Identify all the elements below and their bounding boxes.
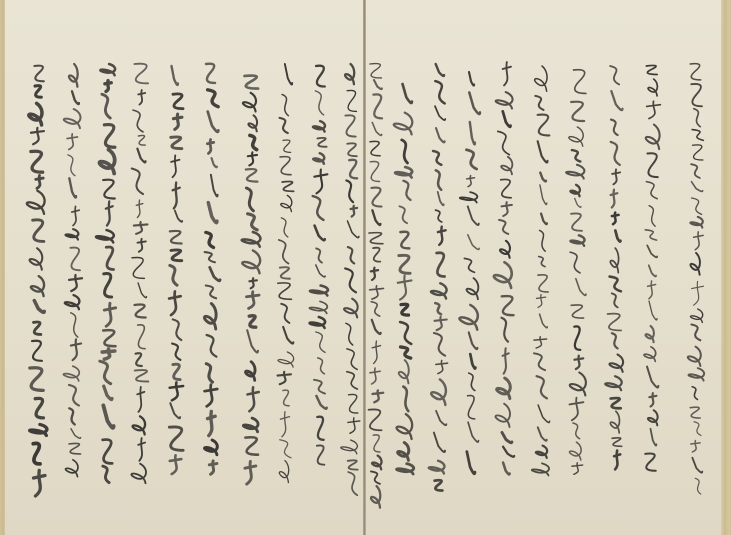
- text-column: [204, 64, 220, 475]
- brush-stroke: [206, 285, 216, 298]
- brush-stroke: [469, 332, 478, 349]
- brush-stroke: [136, 353, 142, 366]
- brush-stroke: [31, 128, 44, 144]
- brush-stroke: [397, 464, 414, 474]
- brush-stroke: [435, 81, 444, 103]
- brush-stroke: [65, 295, 80, 309]
- brush-stroke: [394, 113, 413, 135]
- brush-stroke: [34, 301, 44, 313]
- brush-stroke: [173, 94, 183, 109]
- brush-stroke: [576, 279, 586, 296]
- brush-stroke: [436, 361, 448, 374]
- brush-stroke: [317, 138, 326, 147]
- brush-stroke: [541, 214, 547, 225]
- brush-stroke: [569, 442, 581, 460]
- brush-stroke: [205, 252, 215, 262]
- brush-stroke: [373, 435, 380, 452]
- brush-stroke: [131, 464, 146, 484]
- brush-stroke: [347, 90, 356, 111]
- brush-stroke: [34, 470, 45, 496]
- brush-stroke: [34, 322, 41, 334]
- brush-stroke: [348, 418, 360, 433]
- brush-stroke: [346, 180, 353, 202]
- text-column: [341, 64, 360, 495]
- brush-stroke: [316, 396, 326, 409]
- brush-stroke: [280, 412, 289, 437]
- brush-stroke: [540, 173, 546, 182]
- brush-stroke: [464, 258, 474, 272]
- brush-stroke: [371, 302, 379, 316]
- brush-stroke: [100, 64, 115, 75]
- brush-stroke: [105, 81, 111, 92]
- text-column: [494, 62, 514, 474]
- brush-stroke: [369, 409, 382, 430]
- brush-stroke: [649, 265, 656, 276]
- brush-stroke: [469, 373, 475, 390]
- brush-stroke: [500, 241, 510, 258]
- brush-stroke: [612, 169, 620, 184]
- brush-stroke: [317, 445, 324, 464]
- brush-stroke: [539, 257, 545, 267]
- brush-stroke: [281, 195, 292, 211]
- brush-stroke: [134, 222, 148, 234]
- brush-stroke: [503, 62, 511, 85]
- brush-stroke: [434, 333, 445, 356]
- brush-stroke: [494, 262, 512, 288]
- brush-stroke: [503, 463, 510, 475]
- brush-stroke: [574, 356, 583, 369]
- brush-stroke: [69, 385, 79, 406]
- brush-stroke: [207, 335, 217, 357]
- brush-stroke: [71, 313, 78, 337]
- brush-stroke: [30, 424, 47, 435]
- brush-stroke: [571, 102, 584, 121]
- brush-stroke: [540, 230, 546, 251]
- brush-stroke: [246, 188, 253, 211]
- text-column: [532, 66, 550, 475]
- brush-stroke: [691, 84, 702, 106]
- brush-stroke: [609, 355, 623, 372]
- brush-stroke: [612, 293, 618, 307]
- brush-stroke: [611, 398, 621, 408]
- brush-stroke: [137, 239, 145, 252]
- brush-stroke: [692, 198, 702, 214]
- brush-stroke: [316, 265, 325, 277]
- brush-stroke: [102, 349, 115, 359]
- text-column: [429, 64, 448, 491]
- brush-stroke: [208, 90, 218, 107]
- text-column: [242, 76, 261, 485]
- brush-stroke: [372, 320, 381, 334]
- brush-stroke: [398, 443, 409, 461]
- brush-stroke: [100, 361, 111, 384]
- brush-stroke: [207, 140, 213, 154]
- brush-stroke: [170, 403, 180, 418]
- brush-stroke: [646, 65, 657, 74]
- brush-stroke: [574, 70, 586, 94]
- brush-stroke: [313, 121, 325, 131]
- brush-stroke: [69, 443, 80, 453]
- brush-stroke: [250, 135, 257, 149]
- brush-stroke: [249, 316, 256, 327]
- text-column: [644, 65, 660, 470]
- text-column: [369, 64, 384, 508]
- brush-stroke: [104, 274, 112, 297]
- brush-stroke: [692, 458, 702, 473]
- brush-stroke: [692, 130, 703, 141]
- brush-stroke: [400, 322, 411, 344]
- brush-stroke: [648, 281, 656, 299]
- brush-stroke: [349, 394, 358, 413]
- brush-stroke: [435, 480, 443, 490]
- brush-stroke: [27, 191, 45, 214]
- brush-stroke: [694, 422, 701, 436]
- brush-stroke: [206, 232, 214, 247]
- brush-stroke: [106, 201, 113, 225]
- brush-stroke: [132, 257, 144, 278]
- brush-stroke: [206, 364, 212, 382]
- brush-stroke: [69, 178, 76, 197]
- brush-stroke: [313, 196, 324, 220]
- brush-stroke: [648, 410, 658, 425]
- brush-stroke: [104, 386, 112, 399]
- brush-stroke: [692, 387, 697, 400]
- brush-stroke: [247, 330, 258, 352]
- text-column: [688, 64, 704, 494]
- brush-stroke: [207, 411, 215, 435]
- brush-stroke: [434, 433, 445, 452]
- brush-stroke: [502, 202, 512, 216]
- brush-stroke: [132, 168, 143, 194]
- brush-stroke: [170, 231, 182, 244]
- brush-stroke: [138, 325, 145, 349]
- brush-stroke: [498, 131, 509, 154]
- brush-stroke: [32, 341, 42, 361]
- brush-stroke: [647, 245, 657, 257]
- brush-stroke: [690, 309, 702, 322]
- brush-stroke: [611, 120, 618, 136]
- text-column: [605, 66, 623, 469]
- brush-stroke: [436, 128, 445, 142]
- brush-stroke: [534, 337, 547, 348]
- brush-stroke: [436, 64, 444, 76]
- brush-stroke: [501, 157, 512, 175]
- brush-stroke: [610, 66, 619, 84]
- brush-stroke: [535, 66, 547, 91]
- brush-stroke: [313, 153, 324, 163]
- brush-stroke: [435, 317, 447, 330]
- brush-stroke: [103, 405, 113, 427]
- brush-stroke: [540, 185, 547, 205]
- brush-stroke: [570, 373, 586, 396]
- brush-stroke: [67, 134, 77, 150]
- brush-stroke: [206, 64, 215, 83]
- brush-stroke: [467, 452, 475, 474]
- brush-stroke: [535, 96, 543, 110]
- brush-stroke: [538, 427, 547, 440]
- brush-stroke: [436, 170, 441, 189]
- brush-stroke: [469, 72, 474, 85]
- brush-stroke: [30, 368, 43, 391]
- brush-stroke: [246, 362, 255, 381]
- brush-stroke: [435, 303, 441, 314]
- brush-stroke: [316, 66, 325, 87]
- text-column: [394, 84, 414, 474]
- brush-stroke: [103, 466, 109, 482]
- brush-stroke: [690, 217, 702, 228]
- brush-stroke: [205, 385, 218, 407]
- brush-stroke: [611, 190, 618, 208]
- brush-stroke: [400, 232, 409, 249]
- brush-stroke: [280, 157, 291, 175]
- brush-stroke: [314, 170, 327, 194]
- brush-stroke: [344, 299, 358, 318]
- brush-stroke: [310, 317, 325, 328]
- brush-stroke: [204, 304, 216, 330]
- brush-stroke: [690, 253, 699, 275]
- text-column: [309, 66, 328, 465]
- brush-stroke: [569, 127, 583, 146]
- brush-stroke: [135, 370, 149, 381]
- brush-stroke: [243, 418, 258, 432]
- brush-stroke: [608, 314, 622, 331]
- brush-stroke: [281, 304, 289, 323]
- calligraphy-text: [0, 0, 731, 535]
- brush-stroke: [612, 438, 622, 447]
- brush-stroke: [247, 387, 258, 411]
- brush-stroke: [570, 235, 584, 245]
- brush-stroke: [610, 411, 619, 433]
- brush-stroke: [399, 206, 407, 223]
- book-spread: [0, 0, 731, 535]
- brush-stroke: [694, 109, 701, 127]
- brush-stroke: [249, 278, 256, 288]
- brush-stroke: [691, 164, 700, 178]
- brush-stroke: [210, 267, 220, 280]
- brush-stroke: [96, 230, 114, 242]
- brush-stroke: [438, 192, 444, 205]
- brush-stroke: [248, 152, 257, 165]
- brush-stroke: [170, 265, 177, 285]
- brush-stroke: [72, 91, 79, 104]
- brush-stroke: [345, 268, 356, 292]
- brush-stroke: [36, 175, 43, 188]
- brush-stroke: [278, 352, 294, 367]
- brush-stroke: [310, 286, 328, 296]
- brush-stroke: [469, 92, 480, 114]
- brush-stroke: [467, 278, 479, 299]
- brush-stroke: [610, 277, 621, 292]
- brush-stroke: [138, 90, 145, 104]
- brush-stroke: [647, 367, 658, 388]
- brush-stroke: [435, 210, 441, 222]
- brush-stroke: [503, 447, 514, 457]
- brush-stroke: [468, 206, 479, 225]
- brush-stroke: [467, 176, 475, 187]
- brush-stroke: [612, 333, 618, 348]
- brush-stroke: [282, 94, 288, 115]
- brush-stroke: [169, 427, 183, 450]
- brush-stroke: [403, 181, 410, 200]
- brush-stroke: [436, 411, 446, 425]
- brush-stroke: [172, 66, 178, 85]
- brush-stroke: [403, 84, 412, 103]
- brush-stroke: [540, 314, 548, 328]
- brush-stroke: [395, 167, 412, 177]
- brush-stroke: [401, 304, 408, 315]
- brush-stroke: [401, 347, 411, 358]
- brush-stroke: [503, 111, 511, 126]
- brush-stroke: [691, 182, 702, 192]
- brush-stroke: [570, 252, 580, 273]
- brush-stroke: [536, 295, 545, 308]
- brush-stroke: [502, 318, 508, 342]
- brush-stroke: [278, 283, 292, 299]
- text-column: [566, 70, 586, 475]
- brush-stroke: [571, 213, 582, 230]
- brush-stroke: [208, 112, 219, 132]
- text-column: [63, 64, 82, 477]
- brush-stroke: [208, 203, 217, 223]
- brush-stroke: [285, 64, 292, 85]
- brush-stroke: [371, 486, 380, 508]
- brush-stroke: [646, 125, 660, 150]
- brush-stroke: [170, 382, 183, 400]
- brush-stroke: [102, 94, 110, 118]
- brush-stroke: [29, 103, 42, 125]
- brush-stroke: [31, 276, 44, 296]
- brush-stroke: [575, 198, 581, 207]
- brush-stroke: [245, 461, 256, 484]
- brush-stroke: [649, 393, 656, 406]
- brush-stroke: [374, 80, 382, 89]
- brush-stroke: [566, 165, 584, 179]
- brush-stroke: [243, 93, 256, 112]
- brush-stroke: [170, 455, 182, 474]
- text-column: [459, 72, 479, 474]
- brush-stroke: [348, 247, 354, 263]
- brush-stroke: [534, 353, 545, 370]
- brush-stroke: [499, 220, 508, 234]
- brush-stroke: [175, 211, 182, 222]
- brush-stroke: [65, 229, 78, 239]
- brush-stroke: [104, 125, 114, 148]
- brush-stroke: [496, 92, 513, 108]
- brush-stroke: [647, 101, 661, 118]
- brush-stroke: [248, 115, 257, 131]
- brush-stroke: [33, 443, 40, 464]
- brush-stroke: [103, 180, 115, 199]
- brush-stroke: [692, 281, 704, 305]
- brush-stroke: [280, 440, 291, 458]
- brush-stroke: [70, 248, 80, 271]
- brush-stroke: [341, 440, 358, 454]
- brush-stroke: [242, 250, 260, 273]
- brush-stroke: [615, 231, 620, 242]
- brush-stroke: [69, 64, 78, 87]
- brush-stroke: [209, 461, 217, 474]
- brush-stroke: [438, 227, 446, 245]
- brush-stroke: [138, 438, 145, 461]
- brush-stroke: [370, 286, 384, 299]
- brush-stroke: [398, 276, 412, 300]
- brush-stroke: [133, 416, 146, 434]
- brush-stroke: [316, 248, 322, 262]
- brush-stroke: [345, 64, 354, 84]
- brush-stroke: [314, 380, 325, 394]
- brush-stroke: [694, 232, 704, 250]
- brush-stroke: [399, 255, 410, 273]
- brush-stroke: [538, 275, 548, 292]
- brush-stroke: [278, 372, 291, 384]
- brush-stroke: [283, 390, 289, 406]
- brush-stroke: [371, 268, 378, 280]
- brush-stroke: [648, 79, 657, 96]
- brush-stroke: [371, 188, 381, 207]
- brush-stroke: [315, 91, 323, 115]
- brush-stroke: [347, 143, 357, 156]
- brush-stroke: [397, 414, 413, 439]
- brush-stroke: [72, 206, 80, 225]
- brush-stroke: [431, 283, 447, 298]
- brush-stroke: [30, 248, 43, 269]
- brush-stroke: [572, 150, 580, 161]
- brush-stroke: [349, 160, 357, 178]
- brush-stroke: [570, 185, 579, 197]
- brush-stroke: [71, 429, 81, 438]
- brush-stroke: [650, 429, 656, 446]
- brush-stroke: [502, 296, 514, 315]
- text-column: [131, 64, 148, 484]
- brush-stroke: [316, 332, 325, 352]
- brush-stroke: [171, 250, 182, 261]
- brush-stroke: [649, 301, 657, 320]
- brush-stroke: [171, 155, 179, 177]
- brush-stroke: [173, 182, 180, 208]
- brush-stroke: [610, 248, 618, 273]
- brush-stroke: [205, 440, 218, 455]
- brush-stroke: [345, 115, 355, 136]
- brush-stroke: [688, 347, 701, 366]
- brush-stroke: [372, 456, 381, 470]
- brush-stroke: [136, 200, 143, 217]
- brush-stroke: [104, 303, 115, 326]
- brush-stroke: [503, 348, 509, 373]
- brush-stroke: [537, 376, 547, 398]
- brush-stroke: [369, 233, 383, 244]
- brush-stroke: [373, 94, 382, 118]
- brush-stroke: [211, 175, 218, 197]
- brush-stroke: [347, 372, 357, 389]
- brush-stroke: [134, 64, 148, 84]
- brush-stroke: [173, 364, 180, 379]
- brush-stroke: [501, 179, 511, 197]
- brush-stroke: [69, 275, 82, 291]
- brush-stroke: [315, 226, 325, 241]
- brush-stroke: [644, 347, 656, 361]
- brush-stroke: [496, 404, 511, 427]
- brush-stroke: [280, 267, 290, 278]
- brush-stroke: [468, 396, 475, 419]
- brush-stroke: [573, 423, 580, 439]
- brush-stroke: [645, 453, 656, 470]
- brush-stroke: [346, 323, 353, 345]
- brush-stroke: [138, 135, 145, 145]
- brush-stroke: [532, 463, 549, 475]
- brush-stroke: [569, 398, 583, 421]
- brush-stroke: [571, 305, 583, 318]
- text-column: [27, 66, 47, 496]
